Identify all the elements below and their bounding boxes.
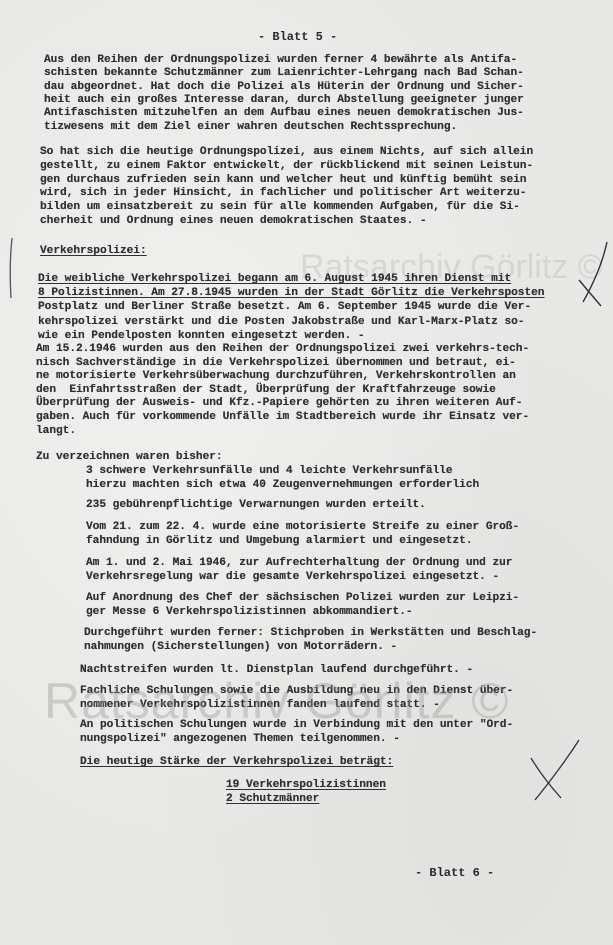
document-page: Ratsarchiv Görlitz © - Blatt 5 - Aus den… [0,0,613,945]
text-line: Durchgeführt wurden ferner: Stichproben … [84,627,537,640]
margin-bracket-mark [6,236,16,300]
text-line: heit auch ein großes Interesse daran, du… [44,94,524,107]
text-line: nisch Sachverständige in die Verkehrspol… [36,357,516,370]
text-line: Aus den Reihen der Ordnungspolizei wurde… [44,54,517,67]
text-line: Überprüfung der Ausweis- und Kfz.-Papier… [36,397,522,410]
text-line: gaben. Auch für vorkommende Unfälle im S… [36,411,529,424]
text-line: wie ein Pendelposten konnten eingesetzt … [38,330,365,343]
text-line: gestellt, zu einem Faktor entwickelt, de… [40,160,533,173]
text-line: 235 gebührenpflichtige Verwarnungen wurd… [86,499,426,512]
text-line: 8 Polizistinnen. Am 27.8.1945 wurden in … [38,287,544,300]
text-line: Auf Anordnung des Chef der sächsischen P… [86,592,519,605]
text-line: Die heutige Stärke der Verkehrspolizei b… [80,756,393,769]
text-line: 19 Verkehrspolizistinnen [226,779,386,792]
text-line: nahmungen (Sicherstellungen) von Motorrä… [84,641,397,654]
text-line: tizwesens mit dem Ziel einer wahren deut… [44,121,457,134]
watermark: Ratsarchiv Görlitz © [44,672,509,730]
text-line: 2 Schutzmänner [226,793,319,806]
handwritten-x-mark-2 [525,738,585,803]
text-line: fahndung in Görlitz und Umgebung alarmie… [86,535,473,548]
text-line: 3 schwere Verkehrsunfälle und 4 leichte … [86,465,453,478]
text-line: wird, sich in jeder Hinsicht, in fachlic… [40,187,526,200]
text-line: Am 15.2.1946 wurden aus den Reihen der O… [36,343,529,356]
text-line: So hat sich die heutige Ordnungspolizei,… [40,146,533,159]
text-line: Vom 21. zum 22. 4. wurde eine motorisier… [86,521,519,534]
text-line: cherheit und Ordnung eines neuen demokra… [40,215,427,228]
text-line: den Einfahrtsstraßen der Stadt, Überprüf… [36,384,496,397]
section-heading: Verkehrspolizei: [40,245,147,258]
text-line: Verkehrsregelung war die gesamte Verkehr… [86,571,499,584]
text-line: Antifaschisten mitzuhelfen an dem Aufbau… [44,107,524,120]
text-line: dau abgeordnet. Hat doch die Polizei als… [44,81,524,94]
page-footer: - Blatt 6 - [415,866,494,880]
text-line: hierzu machten sich etwa 40 Zeugenverneh… [86,479,479,492]
text-line: bilden um einsatzbereit zu sein für alle… [40,201,520,214]
text-line: Postplatz und Berliner Straße besetzt. A… [38,301,531,314]
handwritten-x-mark [575,240,613,310]
text-line: Zu verzeichnen waren bisher: [36,451,223,464]
text-line: ne motorisierte Verkehrsüberwachung durc… [36,370,516,383]
text-line: Die weibliche Verkehrspolizei begann am … [38,273,511,286]
text-line: nungspolizei" angezogenen Themen teilgen… [80,733,400,746]
text-line: langt. [36,425,76,438]
text-line: gen durchaus zufrieden sein kann und wel… [40,174,526,187]
page-header: - Blatt 5 - [258,30,337,44]
text-line: kehrspolizei verstärkt und die Posten Ja… [38,316,524,329]
text-line: ger Messe 6 Verkehrspolizistinnen abkomm… [86,606,413,619]
text-line: Am 1. und 2. Mai 1946, zur Aufrechterhal… [86,557,512,570]
text-line: schisten bekannte Schutzmänner zum Laien… [44,67,524,80]
